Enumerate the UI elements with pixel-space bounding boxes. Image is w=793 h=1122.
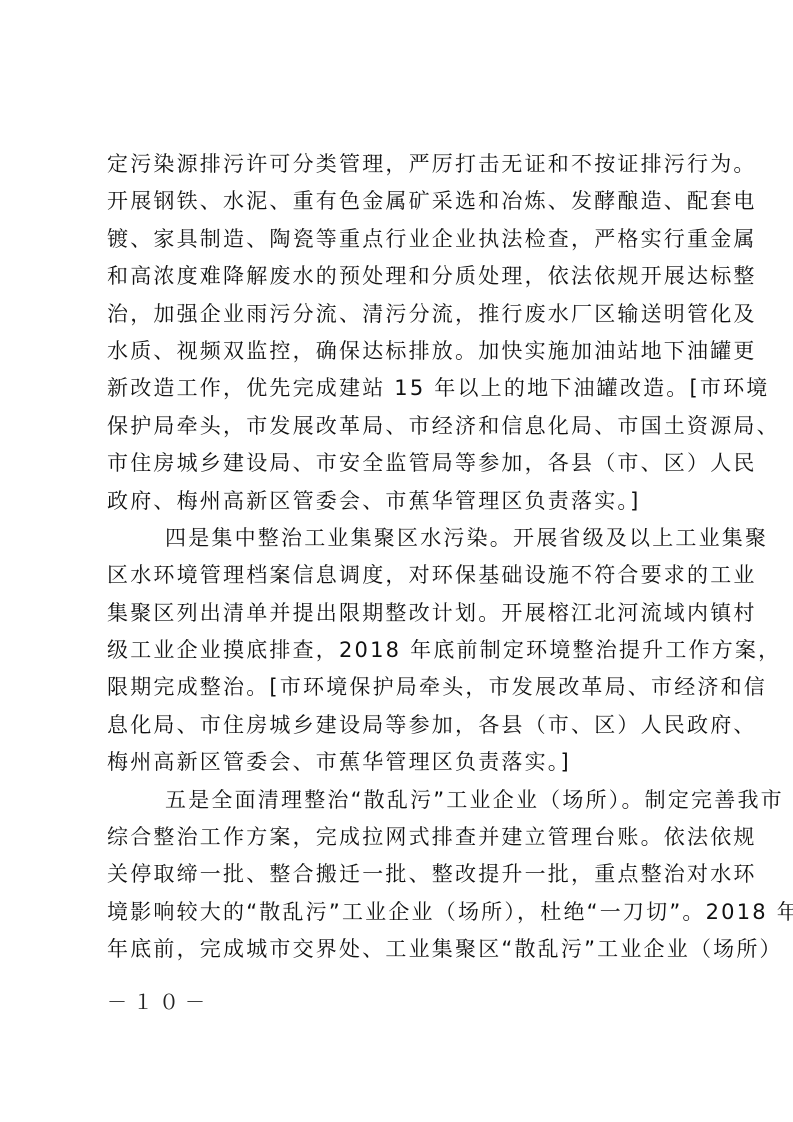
text-line: 政府、梅州高新区管委会、市蕉华管理区负责落实。] xyxy=(107,483,697,520)
document-page: 定污染源排污许可分类管理，严厉打击无证和不按证排污行为。 开展钢铁、水泥、重有色… xyxy=(0,0,793,1122)
text-line: 水质、视频双监控，确保达标排放。加快实施加油站地下油罐更 xyxy=(107,333,697,370)
text-line: 综合整治工作方案，完成拉网式排查并建立管理台账。依法依规 xyxy=(107,819,697,856)
text-line: 保护局牵头，市发展改革局、市经济和信息化局、市国土资源局、 xyxy=(107,408,697,445)
text-line: 梅州高新区管委会、市蕉华管理区负责落实。] xyxy=(107,744,697,781)
body-text: 定污染源排污许可分类管理，严厉打击无证和不按证排污行为。 开展钢铁、水泥、重有色… xyxy=(107,146,697,969)
paragraph-first-line: 四是集中整治工业集聚区水污染。开展省级及以上工业集聚 xyxy=(107,520,697,557)
page-number: －１０－ xyxy=(107,986,211,1015)
text-line: 市住房城乡建设局、市安全监管局等参加，各县（市、区）人民 xyxy=(107,445,697,482)
text-line: 开展钢铁、水泥、重有色金属矿采选和冶炼、发酵酿造、配套电 xyxy=(107,183,697,220)
text-line: 和高浓度难降解废水的预处理和分质处理，依法依规开展达标整 xyxy=(107,258,697,295)
text-line: 限期完成整治。[市环境保护局牵头，市发展改革局、市经济和信 xyxy=(107,669,697,706)
text-line: 年底前，完成城市交界处、工业集聚区“散乱污”工业企业（场所） xyxy=(107,931,697,968)
text-line: 定污染源排污许可分类管理，严厉打击无证和不按证排污行为。 xyxy=(107,146,697,183)
text-line: 治，加强企业雨污分流、清污分流，推行废水厂区输送明管化及 xyxy=(107,296,697,333)
text-line: 关停取缔一批、整合搬迁一批、整改提升一批，重点整治对水环 xyxy=(107,856,697,893)
text-line: 集聚区列出清单并提出限期整改计划。开展榕江北河流域内镇村 xyxy=(107,595,697,632)
text-line: 镀、家具制造、陶瓷等重点行业企业执法检查，严格实行重金属 xyxy=(107,221,697,258)
text-line: 新改造工作，优先完成建站 15 年以上的地下油罐改造。[市环境 xyxy=(107,370,697,407)
text-line: 境影响较大的“散乱污”工业企业（场所），杜绝“一刀切”。2018 年 xyxy=(107,894,697,931)
text-line: 区水环境管理档案信息调度，对环保基础设施不符合要求的工业 xyxy=(107,557,697,594)
paragraph-first-line: 五是全面清理整治“散乱污”工业企业（场所）。制定完善我市 xyxy=(107,782,697,819)
text-line: 级工业企业摸底排查，2018 年底前制定环境整治提升工作方案， xyxy=(107,632,697,669)
text-line: 息化局、市住房城乡建设局等参加，各县（市、区）人民政府、 xyxy=(107,707,697,744)
